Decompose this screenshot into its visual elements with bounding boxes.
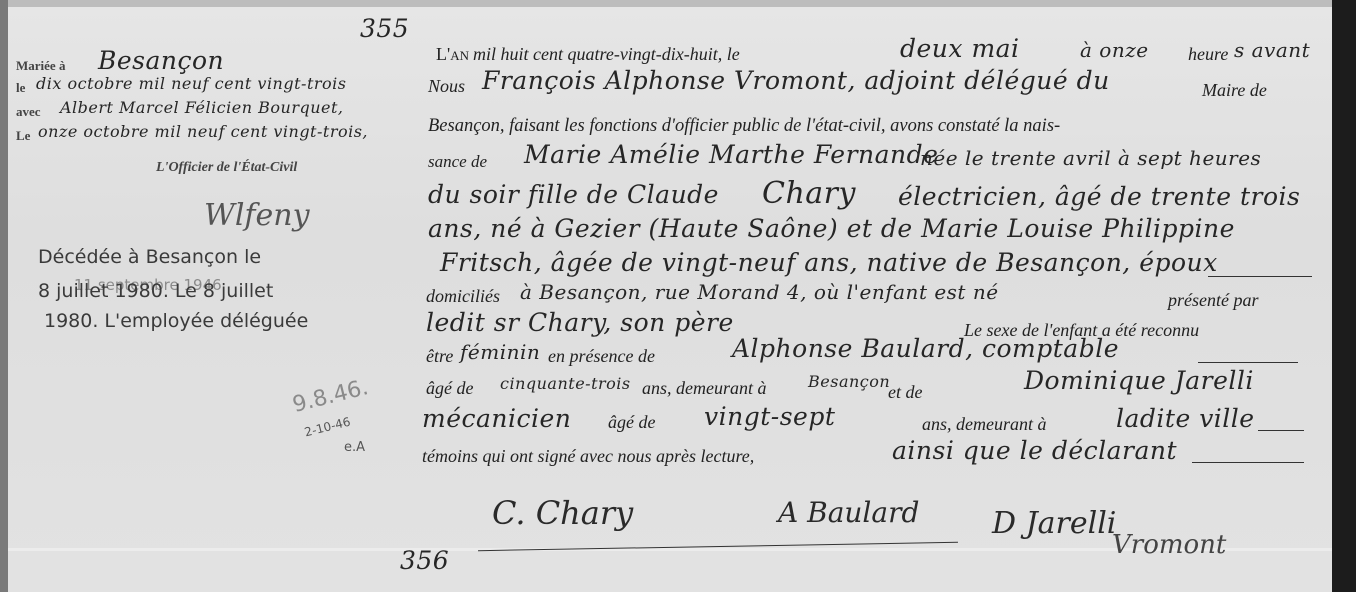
signature-officer: Vromont [1112, 530, 1226, 560]
act-time-hand: à onze [1080, 38, 1149, 62]
act-father-occupation: électricien, âgé de trente trois [898, 182, 1300, 211]
act-declarant-clause: ainsi que le déclarant [892, 436, 1177, 465]
act-domicilies: domiciliés [426, 286, 500, 307]
pencil-note-date: 9.8.46. [290, 375, 371, 418]
act-witness-1-age: cinquante-trois [500, 374, 631, 393]
act-father-surname: Chary [762, 176, 856, 211]
act-witness-2-age: vingt-sept [704, 402, 835, 431]
with-label: avec [16, 104, 41, 120]
act-presence-label: en présence de [548, 346, 655, 367]
signature-declarant: C. Chary [492, 494, 633, 532]
death-note-line-2: 8 juillet 1980. Le 8 juillet [38, 280, 273, 302]
act-age-label-2: âgé de [608, 412, 655, 433]
act-presente-par: présenté par [1168, 290, 1258, 311]
act-nous: Nous [428, 76, 465, 97]
register-page: 355 Mariée à Besançon le dix octobre mil… [8, 0, 1332, 592]
act-hour-label: heure [1188, 44, 1228, 65]
act-line-5-start: du soir fille de Claude [428, 180, 719, 209]
act-sex-value: féminin [460, 340, 540, 364]
act-hour-suffix: s avant [1234, 38, 1310, 62]
act-witnesses-signed: témoins qui ont signé avec nous après le… [422, 446, 754, 467]
pencil-note-date-2: 2-10-46 [303, 415, 352, 440]
act-year-text: mil huit cent quatre-vingt-dix-huit, le [473, 44, 740, 64]
signature-witness-1: A Baulard [778, 496, 919, 529]
filler-line [1192, 462, 1304, 463]
scan-left-edge [0, 0, 8, 592]
act-witness-1-place: Besançon [808, 372, 890, 391]
marriage-date-prefix: le [16, 80, 25, 96]
scan-right-edge [1332, 0, 1356, 592]
act-mayor-label: Maire de [1202, 80, 1267, 101]
filler-line [1258, 430, 1304, 431]
act-lead: L'an [436, 44, 469, 64]
next-register-number: 356 [400, 546, 449, 575]
death-note-line-1: Décédée à Besançon le [38, 246, 261, 268]
act-witness-2-occupation: mécanicien [422, 404, 571, 433]
act-residing-label: ans, demeurant à [642, 378, 767, 399]
filler-line [1208, 276, 1312, 277]
spouse-name: Albert Marcel Félicien Bourquet, [60, 98, 344, 117]
act-age-label: âgé de [426, 378, 473, 399]
death-note-line-3: 1980. L'employée déléguée [44, 310, 308, 332]
act-officer-name: François Alphonse Vromont, adjoint délég… [482, 66, 1110, 95]
marriage-place: Besançon [98, 46, 224, 75]
act-birth-time: née le trente avril à sept heures [920, 146, 1261, 170]
marriage-label: Mariée à [16, 58, 65, 74]
act-et-de: et de [888, 382, 922, 403]
record-date: onze octobre mil neuf cent vingt-trois, [38, 122, 368, 141]
marriage-date: dix octobre mil neuf cent vingt-trois [36, 74, 346, 93]
act-line-7: Fritsch, âgée de vingt-neuf ans, native … [440, 248, 1218, 277]
signature-witness-2: D Jarelli [992, 506, 1116, 541]
act-witness-2: Dominique Jarelli [1024, 366, 1254, 395]
filler-line [1198, 362, 1298, 363]
act-domicile-hand: à Besançon, rue Morand 4, où l'enfant es… [520, 280, 999, 304]
act-declarant: ledit sr Chary, son père [426, 308, 734, 337]
officer-title: L'Officier de l'État-Civil [156, 160, 297, 176]
act-date-hand: deux mai [900, 34, 1020, 63]
act-line-1: L'an mil huit cent quatre-vingt-dix-huit… [436, 44, 740, 65]
act-etre: être [426, 346, 453, 367]
pencil-note-initials: e.A [344, 440, 365, 455]
act-residing-label-2: ans, demeurant à [922, 414, 1047, 435]
act-sance-de: sance de [428, 152, 487, 172]
act-line-6: ans, né à Gezier (Haute Saône) et de Mar… [428, 214, 1235, 243]
act-witness-2-place: ladite ville [1116, 404, 1255, 433]
register-number: 355 [360, 14, 409, 43]
officer-margin-signature: Wlfeny [204, 198, 310, 233]
act-witness-1: Alphonse Baulard, comptable [732, 334, 1119, 363]
act-child-name: Marie Amélie Marthe Fernande [524, 140, 938, 169]
scan-top-strip [8, 0, 1332, 7]
act-line-3: Besançon, faisant les fonctions d'offici… [428, 116, 1060, 137]
record-date-prefix: Le [16, 128, 30, 144]
